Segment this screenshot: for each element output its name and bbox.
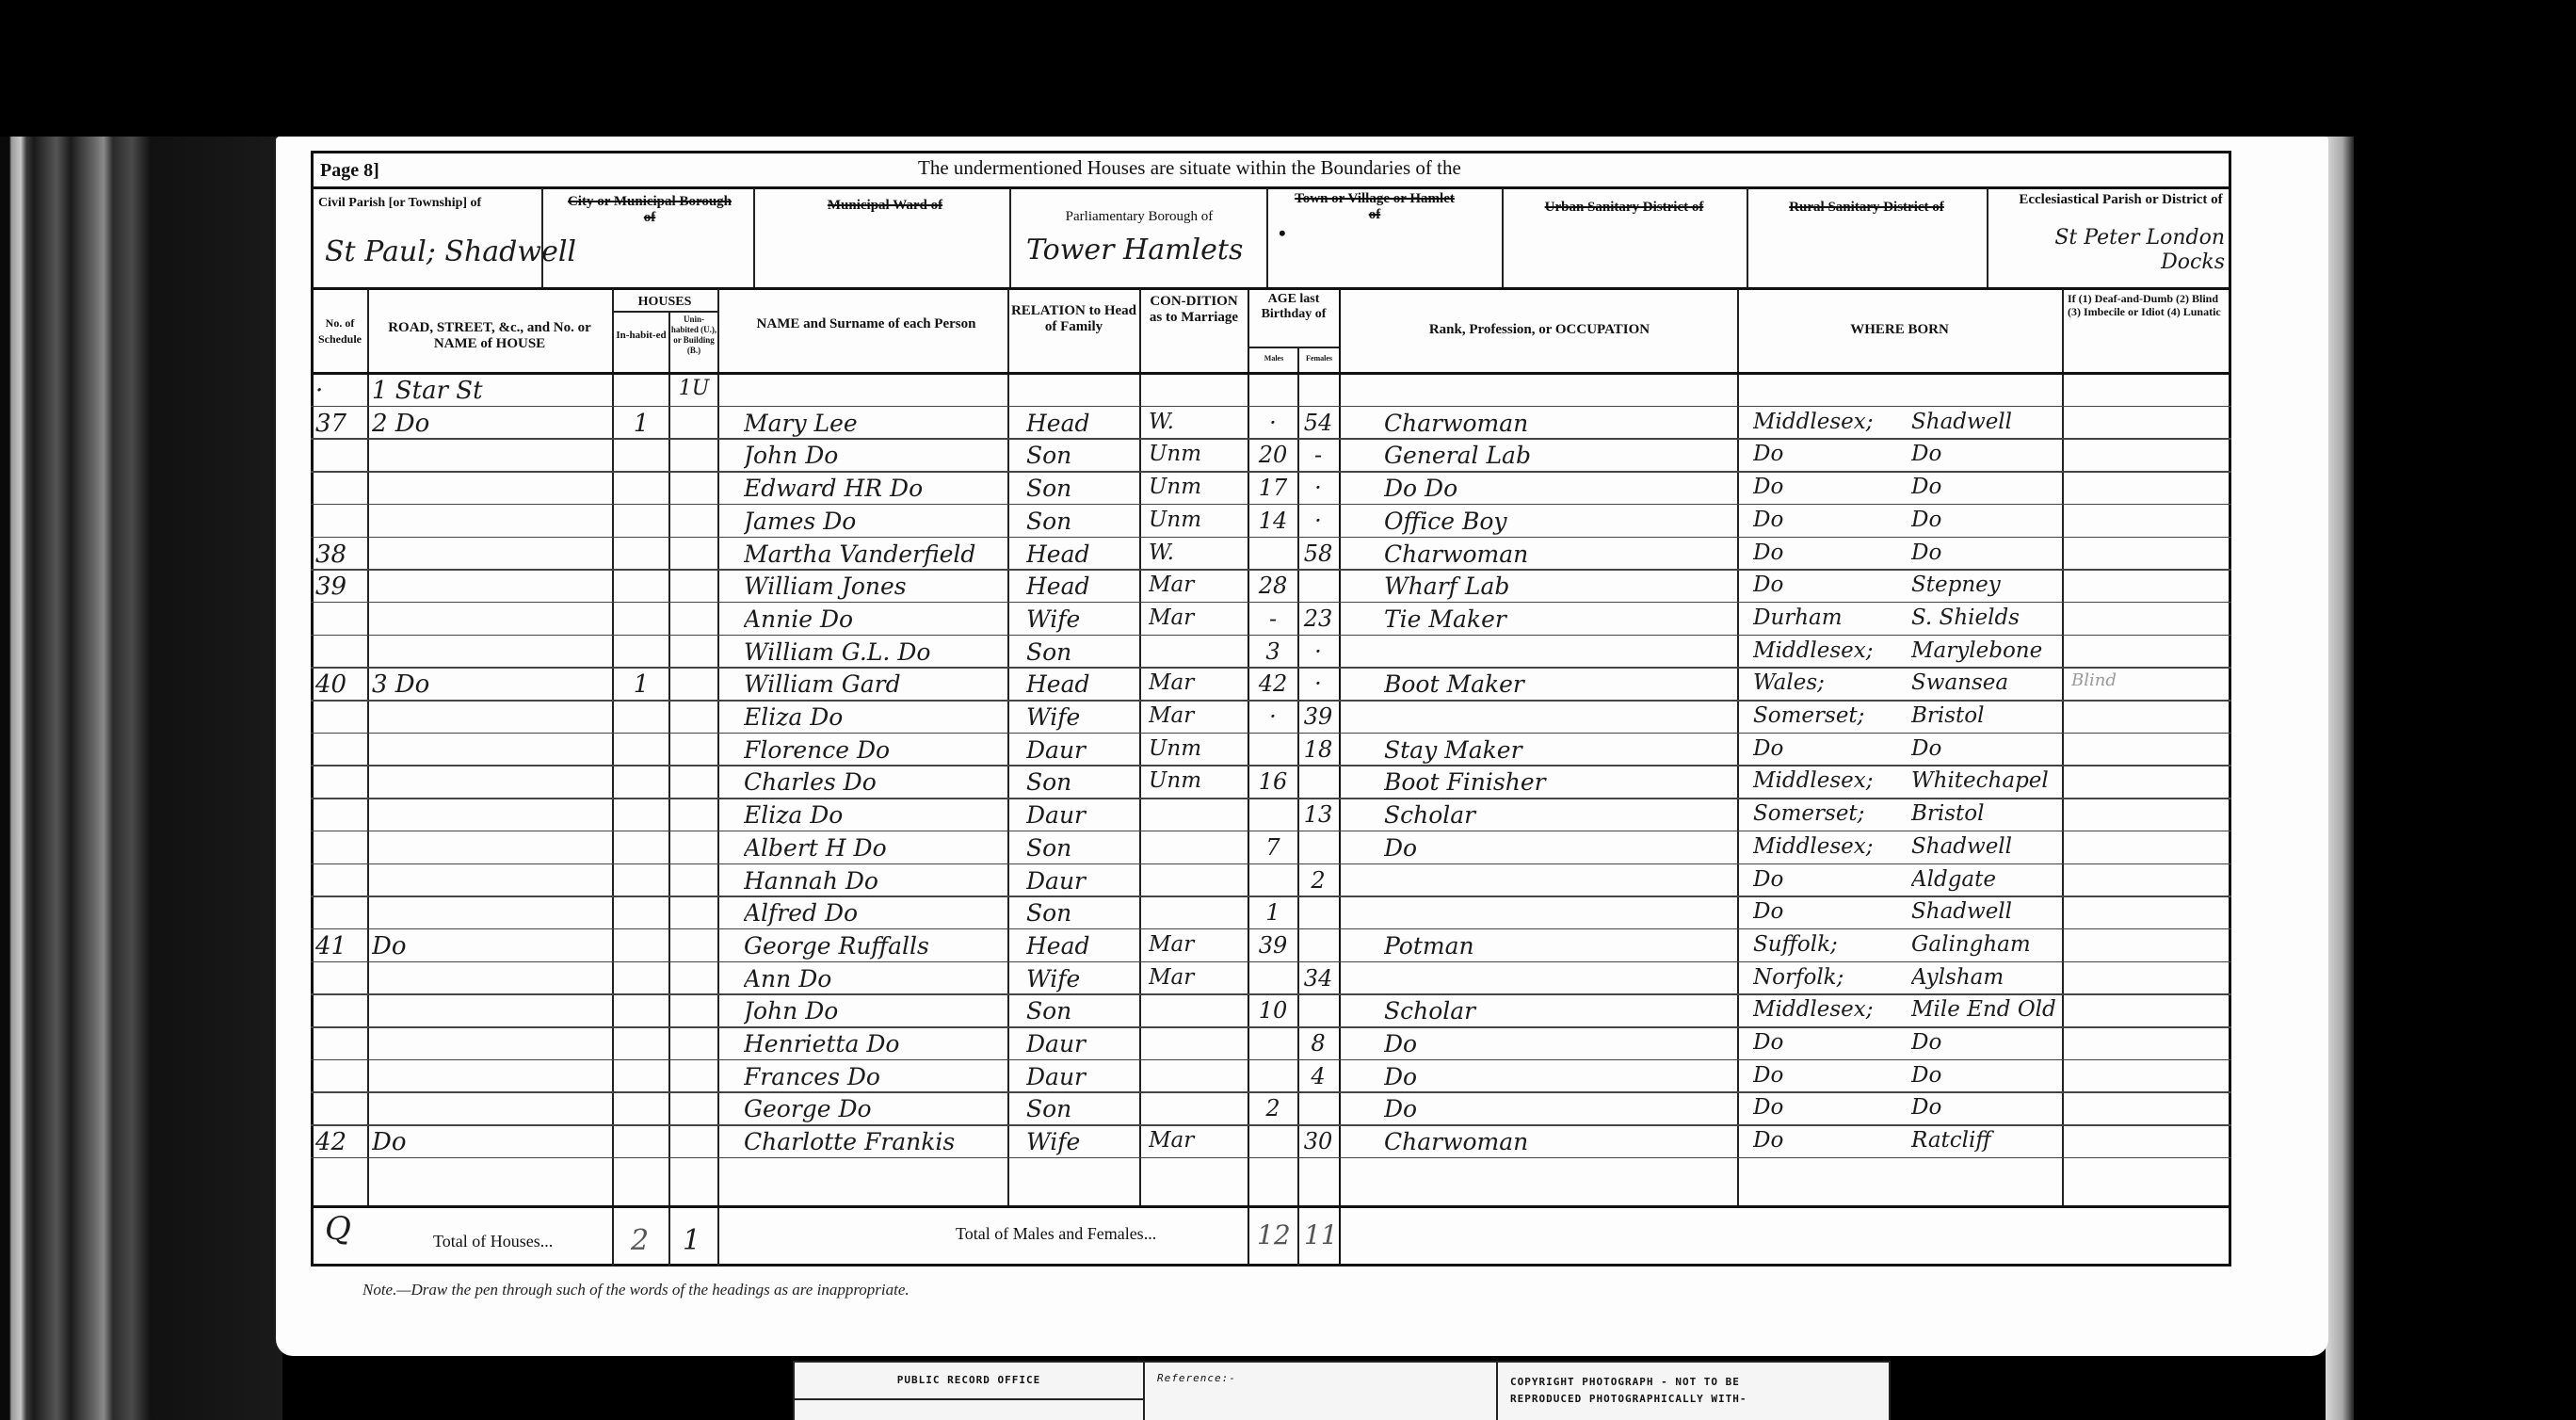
cell-female-age: - [1299, 442, 1337, 468]
cell-born-county: Do [1753, 573, 1913, 597]
cell-born-place: Whitechapel [1911, 768, 2062, 793]
cell-infirmity: Blind [2071, 670, 2222, 690]
cell-road: 3 Do [372, 670, 607, 699]
row-divider [311, 438, 2231, 440]
cell-female-age: 23 [1299, 605, 1337, 632]
cell-condition: Mar [1149, 605, 1247, 630]
cell-name: Edward HR Do [744, 475, 1007, 502]
cell-relation: Wife [1026, 605, 1137, 633]
row-divider [311, 1157, 2231, 1159]
cell-born-place: Shadwell [1911, 834, 2062, 859]
cell-born-county: Suffolk; [1753, 932, 1913, 957]
plate-copyright-line1: COPYRIGHT PHOTOGRAPH - NOT TO BE [1510, 1376, 1740, 1388]
cell-male-age: 39 [1250, 932, 1296, 959]
totals-page-mark: Q [325, 1210, 351, 1248]
cell-occupation: Charwoman [1384, 541, 1732, 568]
district-value-parliamentary-borough: Tower Hamlets [1026, 234, 1243, 266]
col-header-females: Females [1299, 350, 1339, 366]
cell-schedule: 40 [315, 670, 364, 699]
cell-occupation: Boot Maker [1384, 670, 1732, 698]
cell-road: 2 Do [372, 410, 607, 438]
row-divider [311, 1059, 2231, 1061]
cell-born-place: Do [1911, 475, 2062, 499]
cell-relation: Daur [1026, 867, 1137, 895]
cell-name: Martha Vanderfield [744, 541, 1007, 568]
cell-male-age: 42 [1250, 670, 1296, 697]
cell-relation: Son [1026, 997, 1137, 1025]
cell-road: Do [372, 1128, 607, 1156]
cell-born-place: Mile End Old Town [1911, 997, 2062, 1022]
cell-born-place: Do [1911, 508, 2062, 532]
cell-occupation: Office Boy [1384, 508, 1732, 535]
totals-inhabited: 2 [631, 1224, 649, 1257]
row-divider [311, 863, 2231, 865]
cell-name: Henrietta Do [744, 1030, 1007, 1057]
cell-condition: Mar [1149, 573, 1247, 597]
col-divider [367, 289, 369, 1205]
cell-relation: Head [1026, 932, 1137, 960]
cell-born-county: Middlesex; [1753, 768, 1913, 793]
plate-office-cell: PUBLIC RECORD OFFICE [795, 1363, 1145, 1420]
cell-relation: Head [1026, 410, 1137, 437]
page-title: The undermentioned Houses are situate wi… [918, 156, 1461, 180]
cell-name: Frances Do [744, 1063, 1007, 1090]
cell-female-age: 8 [1299, 1030, 1337, 1057]
divider [1747, 188, 1748, 287]
film-edge-left [0, 137, 282, 1420]
cell-name: Florence Do [744, 736, 1007, 764]
row-divider [311, 1026, 2231, 1028]
cell-male-age: · [1250, 703, 1296, 730]
cell-female-age: 39 [1299, 703, 1337, 730]
row-divider [311, 406, 2231, 408]
cell-condition: W. [1149, 410, 1247, 434]
cell-relation: Son [1026, 638, 1137, 666]
cell-female-age: 34 [1299, 965, 1337, 992]
cell-name: Charlotte Frankis [744, 1128, 1007, 1155]
cell-name: Annie Do [744, 605, 1007, 633]
cell-road: 1 Star St [372, 377, 607, 405]
cell-born-place: Do [1911, 541, 2062, 565]
plate-copyright-line2: REPRODUCED PHOTOGRAPHICALLY WITH- [1510, 1393, 1747, 1405]
divider [1266, 188, 1268, 287]
cell-born-place: Stepney [1911, 573, 2062, 597]
district-label-municipal-ward: Municipal Ward of [781, 198, 989, 214]
cell-occupation: Charwoman [1384, 1128, 1732, 1155]
cell-condition: W. [1149, 541, 1247, 565]
cell-name: Charles Do [744, 768, 1007, 796]
cell-name: Hannah Do [744, 867, 1007, 895]
cell-born-place: Marylebone [1911, 638, 2062, 663]
row-divider [311, 961, 2231, 963]
totals-uninhabited: 1 [683, 1224, 700, 1257]
cell-condition: Unm [1149, 475, 1247, 499]
district-value-civil-parish: St Paul; Shadwell [325, 235, 576, 268]
cell-born-county: Middlesex; [1753, 410, 1913, 434]
cell-condition: Mar [1149, 965, 1247, 990]
cell-born-county: Do [1753, 899, 1913, 924]
totals-houses-label: Total of Houses... [433, 1232, 553, 1251]
cell-relation: Wife [1026, 703, 1137, 731]
col-header-relation: RELATION to Head of Family [1010, 303, 1137, 335]
cell-occupation: Do Do [1384, 475, 1732, 502]
col-divider [668, 311, 670, 1267]
cell-name: George Ruffalls [744, 932, 1007, 960]
cell-schedule: 37 [315, 410, 364, 438]
cell-uninhabited: 1U [672, 377, 716, 400]
totals-females: 11 [1304, 1219, 1338, 1251]
cell-name: Ann Do [744, 965, 1007, 992]
cell-occupation: Charwoman [1384, 410, 1732, 437]
cell-male-age: 28 [1250, 573, 1296, 599]
cell-born-place: Galingham [1911, 932, 2062, 957]
cell-condition: Mar [1149, 703, 1247, 728]
cell-born-place: Do [1911, 1030, 2062, 1055]
cell-male-age: 16 [1250, 768, 1296, 795]
cell-occupation: Stay Maker [1384, 736, 1732, 764]
cell-born-county: Middlesex; [1753, 834, 1913, 859]
col-header-houses: HOUSES [614, 294, 716, 310]
cell-born-county: Norfolk; [1753, 965, 1913, 990]
col-divider [2062, 289, 2064, 1205]
cell-male-age: · [1250, 410, 1296, 436]
cell-born-place: Aldgate [1911, 867, 2062, 892]
cell-female-age: 54 [1299, 410, 1337, 436]
divider [311, 186, 2231, 189]
col-divider [1139, 289, 1141, 1205]
cell-condition: Unm [1149, 508, 1247, 532]
divider [1248, 347, 1339, 348]
cell-schedule: 38 [315, 541, 364, 569]
cell-male-age: 2 [1250, 1095, 1296, 1121]
col-header-uninhabited: Unin-habited (U.), or Building (B.) [670, 315, 717, 356]
row-divider [311, 569, 2231, 571]
row-divider [311, 1091, 2231, 1093]
cell-name: Albert H Do [744, 834, 1007, 862]
row-divider [311, 537, 2231, 539]
divider [753, 188, 755, 287]
cell-born-county: Somerset; [1753, 703, 1913, 728]
row-divider [311, 733, 2231, 734]
district-label-municipal-borough: City or Municipal Borough of [565, 194, 734, 226]
cell-born-county: Middlesex; [1753, 997, 1913, 1022]
cell-schedule: 39 [315, 573, 364, 601]
row-divider [311, 993, 2231, 995]
cell-name: John Do [744, 997, 1007, 1025]
plate-reference: Reference:- [1157, 1372, 1236, 1384]
cell-relation: Daur [1026, 1030, 1137, 1057]
cell-occupation: Scholar [1384, 997, 1732, 1025]
cell-born-place: Do [1911, 1095, 2062, 1120]
cell-occupation: Do [1384, 1063, 1732, 1090]
cell-name: Alfred Do [744, 899, 1007, 927]
cell-condition: Unm [1149, 768, 1247, 793]
cell-female-age: 4 [1299, 1063, 1337, 1089]
cell-male-age: 7 [1250, 834, 1296, 861]
district-value-town-village: • [1279, 221, 1286, 246]
page-note: Note.—Draw the pen through such of the w… [362, 1281, 910, 1299]
divider [1009, 188, 1011, 287]
cell-schedule: · [315, 377, 364, 405]
cell-name: Mary Lee [744, 410, 1007, 437]
cell-relation: Daur [1026, 801, 1137, 829]
cell-name: Eliza Do [744, 703, 1007, 731]
cell-female-age: · [1299, 670, 1337, 697]
cell-relation: Wife [1026, 1128, 1137, 1155]
cell-born-place: Aylsham [1911, 965, 2062, 990]
col-header-schedule: No. of Schedule [314, 315, 366, 347]
row-divider [311, 504, 2231, 506]
cell-relation: Son [1026, 508, 1137, 535]
cell-condition: Mar [1149, 932, 1247, 957]
cell-relation: Daur [1026, 1063, 1137, 1090]
cell-relation: Son [1026, 442, 1137, 469]
cell-occupation: Potman [1384, 932, 1732, 960]
cell-schedule: 41 [315, 932, 364, 960]
row-divider [311, 896, 2231, 897]
row-divider [311, 471, 2231, 473]
cell-name: George Do [744, 1095, 1007, 1122]
cell-male-age: 3 [1250, 638, 1296, 665]
district-label-town-village: Town or Village or Hamlet of [1295, 191, 1455, 223]
cell-born-place: Do [1911, 442, 2062, 466]
cell-female-age: 30 [1299, 1128, 1337, 1154]
cell-occupation: Do [1384, 834, 1732, 862]
cell-occupation: Do [1384, 1030, 1732, 1057]
cell-born-place: Do [1911, 736, 2062, 761]
cell-born-county: Do [1753, 508, 1913, 532]
col-header-age: AGE last Birthday of [1250, 292, 1337, 322]
cell-name: William G.L. Do [744, 638, 1007, 666]
cell-born-place: Bristol [1911, 703, 2062, 728]
cell-born-county: Do [1753, 1095, 1913, 1120]
cell-female-age: 18 [1299, 736, 1337, 763]
cell-born-county: Durham [1753, 605, 1913, 630]
district-label-civil-parish: Civil Parish [or Township] of [318, 196, 481, 211]
cell-inhabited: 1 [617, 410, 666, 438]
cell-relation: Son [1026, 899, 1137, 927]
row-divider [311, 1124, 2231, 1126]
cell-male-age: 10 [1250, 997, 1296, 1024]
cell-occupation: Do [1384, 1095, 1732, 1122]
cell-female-age: 2 [1299, 867, 1337, 894]
col-divider [717, 289, 719, 1267]
cell-female-age: · [1299, 475, 1337, 501]
cell-born-place: Ratcliff [1911, 1128, 2062, 1153]
cell-inhabited: 1 [617, 670, 666, 699]
row-divider [311, 928, 2231, 930]
cell-born-place: Swansea [1911, 670, 2062, 695]
cell-born-county: Do [1753, 1063, 1913, 1088]
divider [1987, 188, 1988, 287]
cell-born-place: Shadwell [1911, 410, 2062, 434]
cell-name: William Jones [744, 573, 1007, 600]
cell-born-place: Bristol [1911, 801, 2062, 826]
col-divider [1007, 289, 1009, 1205]
cell-name: Eliza Do [744, 801, 1007, 829]
cell-condition: Unm [1149, 442, 1247, 466]
cell-condition: Unm [1149, 736, 1247, 761]
cell-name: William Gard [744, 670, 1007, 698]
col-header-inhabited: In-habit-ed [614, 330, 668, 341]
cell-relation: Daur [1026, 736, 1137, 764]
cell-relation: Son [1026, 768, 1137, 796]
cell-born-county: Do [1753, 475, 1913, 499]
cell-name: James Do [744, 508, 1007, 535]
divider [311, 1205, 2231, 1208]
divider [1496, 1363, 1498, 1420]
col-header-name: NAME and Surname of each Person [734, 316, 998, 332]
district-label-ecclesiastical-parish: Ecclesiastical Parish or District of [2015, 192, 2227, 208]
divider [612, 311, 717, 313]
row-divider [311, 798, 2231, 799]
cell-relation: Son [1026, 475, 1137, 502]
cell-born-county: Do [1753, 736, 1913, 761]
cell-relation: Wife [1026, 965, 1137, 992]
plate-office-label: PUBLIC RECORD OFFICE [795, 1374, 1143, 1386]
row-divider [311, 765, 2231, 766]
row-divider [311, 602, 2231, 604]
cell-schedule: 42 [315, 1128, 364, 1156]
page-number: Page 8] [320, 160, 379, 182]
divider [1502, 188, 1504, 287]
row-divider [311, 635, 2231, 637]
public-record-office-plate: PUBLIC RECORD OFFICE Reference:- COPYRIG… [793, 1361, 1891, 1420]
col-header-occupation: Rank, Profession, or OCCUPATION [1346, 322, 1732, 338]
cell-condition: Mar [1149, 670, 1247, 695]
cell-occupation: Wharf Lab [1384, 573, 1732, 600]
cell-occupation: Tie Maker [1384, 605, 1732, 633]
cell-female-age: · [1299, 638, 1337, 665]
col-header-where-born: WHERE BORN [1742, 322, 2057, 338]
cell-born-place: Do [1911, 1063, 2062, 1088]
cell-female-age: 58 [1299, 541, 1337, 567]
cell-relation: Head [1026, 670, 1137, 698]
district-label-urban-sanitary: Urban Sanitary District of [1506, 200, 1742, 216]
divider [311, 287, 2231, 290]
film-edge-right [2326, 137, 2354, 1420]
col-divider [1339, 289, 1341, 1267]
cell-relation: Son [1026, 834, 1137, 862]
cell-born-county: Do [1753, 442, 1913, 466]
col-divider [612, 289, 614, 1267]
cell-born-place: Shadwell [1911, 899, 2062, 924]
cell-road: Do [372, 932, 607, 960]
row-divider [311, 667, 2231, 669]
cell-occupation: Scholar [1384, 801, 1732, 829]
cell-name: John Do [744, 442, 1007, 469]
cell-condition: Mar [1149, 1128, 1247, 1153]
cell-occupation: Boot Finisher [1384, 768, 1732, 796]
col-header-males: Males [1250, 350, 1297, 366]
totals-males: 12 [1257, 1219, 1291, 1251]
district-label-parliamentary-borough: Parliamentary Borough of [1017, 209, 1262, 225]
cell-male-age: 14 [1250, 508, 1296, 534]
cell-male-age: 1 [1250, 899, 1296, 926]
cell-born-place: S. Shields [1911, 605, 2062, 630]
cell-female-age: · [1299, 508, 1337, 534]
cell-born-county: Do [1753, 1030, 1913, 1055]
cell-relation: Head [1026, 541, 1137, 568]
cell-born-county: Do [1753, 867, 1913, 892]
cell-relation: Son [1026, 1095, 1137, 1122]
district-value-ecclesiastical-parish: St Peter London Docks [1994, 226, 2225, 275]
cell-female-age: 13 [1299, 801, 1337, 828]
cell-born-county: Wales; [1753, 670, 1913, 695]
cell-born-county: Do [1753, 1128, 1913, 1153]
cell-born-county: Do [1753, 541, 1913, 565]
col-header-infirmity: If (1) Deaf-and-Dumb (2) Blind (3) Imbec… [2068, 292, 2228, 318]
divider [795, 1398, 1143, 1400]
divider [311, 372, 2231, 375]
cell-male-age: 17 [1250, 475, 1296, 501]
cell-male-age: 20 [1250, 442, 1296, 468]
cell-born-county: Somerset; [1753, 801, 1913, 826]
col-divider [1248, 289, 1249, 1267]
cell-born-county: Middlesex; [1753, 638, 1913, 663]
row-divider [311, 700, 2231, 702]
district-label-rural-sanitary: Rural Sanitary District of [1751, 200, 1982, 216]
cell-relation: Head [1026, 573, 1137, 600]
col-header-condition: CON-DITION as to Marriage [1142, 294, 1246, 326]
col-header-road: ROAD, STREET, &c., and No. or NAME of HO… [372, 320, 607, 352]
row-divider [311, 831, 2231, 832]
totals-persons-label: Total of Males and Females... [956, 1224, 1156, 1244]
cell-male-age: - [1250, 605, 1296, 632]
cell-occupation: General Lab [1384, 442, 1732, 469]
col-divider [1737, 289, 1739, 1205]
